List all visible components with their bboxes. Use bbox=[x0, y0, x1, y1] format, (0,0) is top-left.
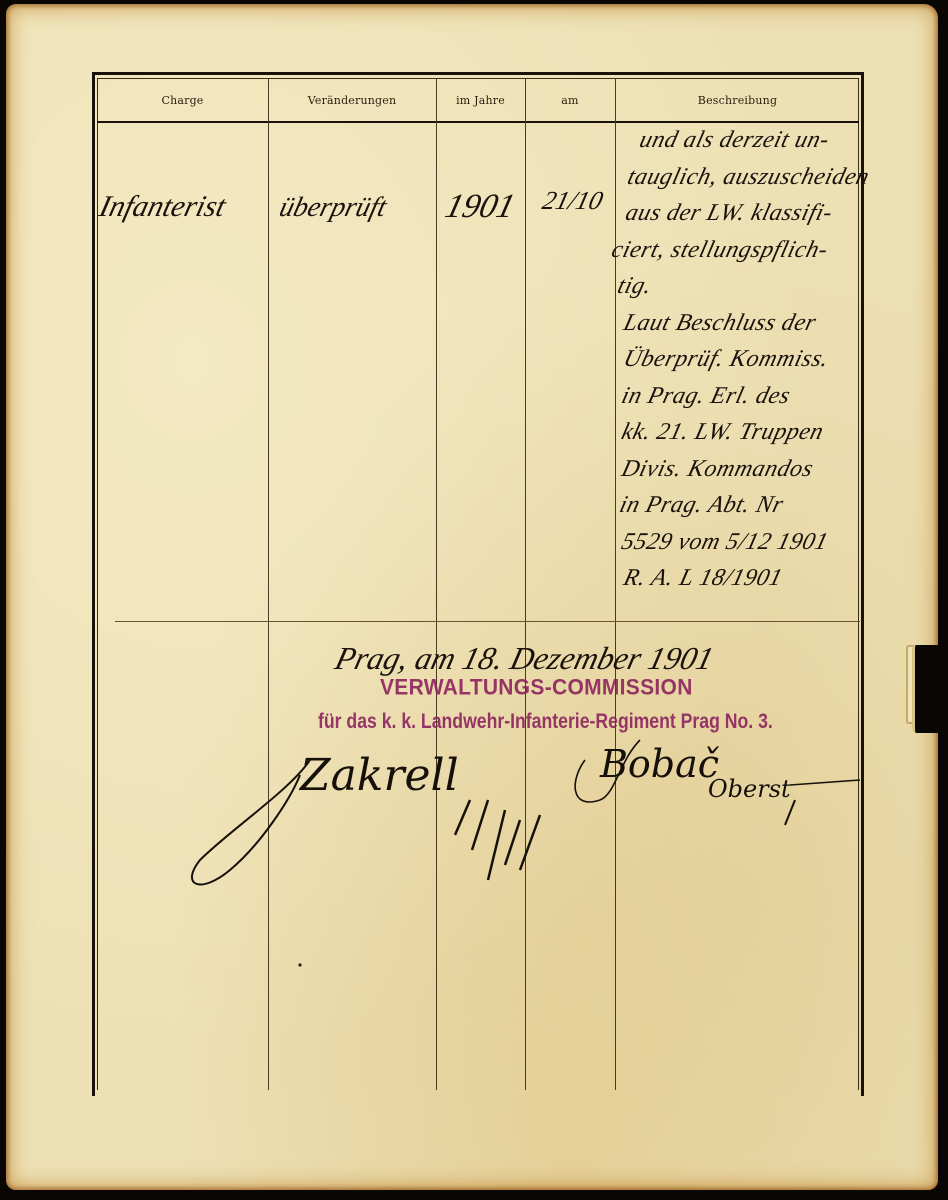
signature-flourishes bbox=[0, 0, 948, 1200]
